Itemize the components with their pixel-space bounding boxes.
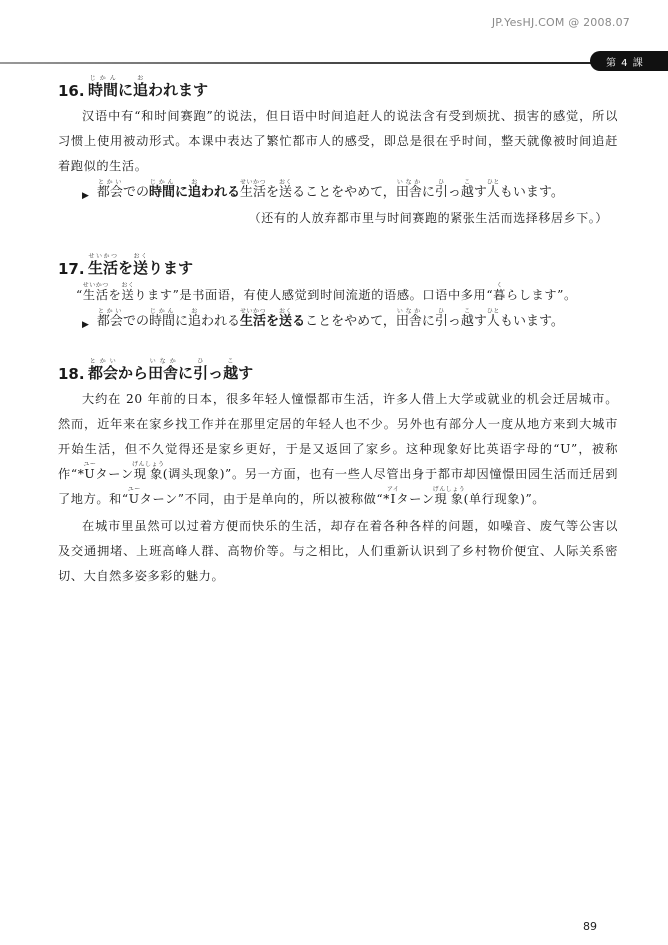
section-heading: 16. 時間じかんに追おわれます	[58, 70, 618, 100]
section-16: 16. 時間じかんに追おわれます 汉语中有“和时间赛跑”的说法，但日语中时间追赶…	[58, 70, 618, 230]
section-number: 18.	[58, 365, 88, 383]
triangle-right-icon: ▶	[82, 315, 89, 335]
section-title: 都会とかいから田舎いなかに引ひっ越こす	[88, 358, 253, 383]
triangle-right-icon: ▶	[82, 186, 89, 206]
explanation-paragraph: 汉语中有“和时间赛跑”的说法，但日语中时间追赶人的说法含有受到烦扰、损害的感觉，…	[58, 104, 618, 179]
explanation-paragraph: “生活せいかつを送おくります”是书面语，有使人感觉到时间流逝的语感。口语中多用“…	[58, 282, 618, 308]
page-content: 16. 時間じかんに追おわれます 汉语中有“和时间赛跑”的说法，但日语中时间追赶…	[58, 70, 618, 607]
example-sentence: ▶ 都会とかいでの時間じかんに追おわれる生活せいかつを送おくることをやめて，田舎…	[58, 308, 618, 335]
section-title: 時間じかんに追おわれます	[88, 75, 208, 100]
section-18: 18. 都会とかいから田舎いなかに引ひっ越こす 大约在 20 年前的日本，很多年…	[58, 353, 618, 589]
example-sentence: ▶ 都会とかいでの時間じかんに追おわれる生活せいかつを送おくることをやめて，田舎…	[58, 179, 618, 206]
explanation-paragraph-2: 在城市里虽然可以过着方便而快乐的生活，却存在着各种各样的问题，如噪音、废气等公害…	[58, 514, 618, 589]
explanation-paragraph: 大约在 20 年前的日本，很多年轻人憧憬都市生活，许多人借上大学或就业的机会迁居…	[58, 387, 618, 512]
example-translation: （还有的人放弃都市里与时间赛跑的紧张生活而选择移居乡下。）	[58, 206, 618, 230]
example-text: 都会とかいでの時間じかんに追おわれる生活せいかつを送おくることをやめて，田舎いな…	[97, 179, 564, 206]
lesson-tab: 第 4 課	[590, 51, 668, 71]
section-number: 17.	[58, 260, 88, 278]
watermark: JP.YesHJ.COM @ 2008.07	[492, 16, 630, 29]
section-heading: 18. 都会とかいから田舎いなかに引ひっ越こす	[58, 353, 618, 383]
section-heading: 17. 生活せいかつを送おくります	[58, 248, 618, 278]
section-title: 生活せいかつを送おくります	[88, 253, 193, 278]
page-number: 89	[583, 920, 597, 933]
header-rule	[0, 62, 600, 64]
example-text: 都会とかいでの時間じかんに追おわれる生活せいかつを送おくることをやめて，田舎いな…	[97, 308, 564, 335]
section-number: 16.	[58, 82, 88, 100]
section-17: 17. 生活せいかつを送おくります “生活せいかつを送おくります”是书面语，有使…	[58, 248, 618, 335]
